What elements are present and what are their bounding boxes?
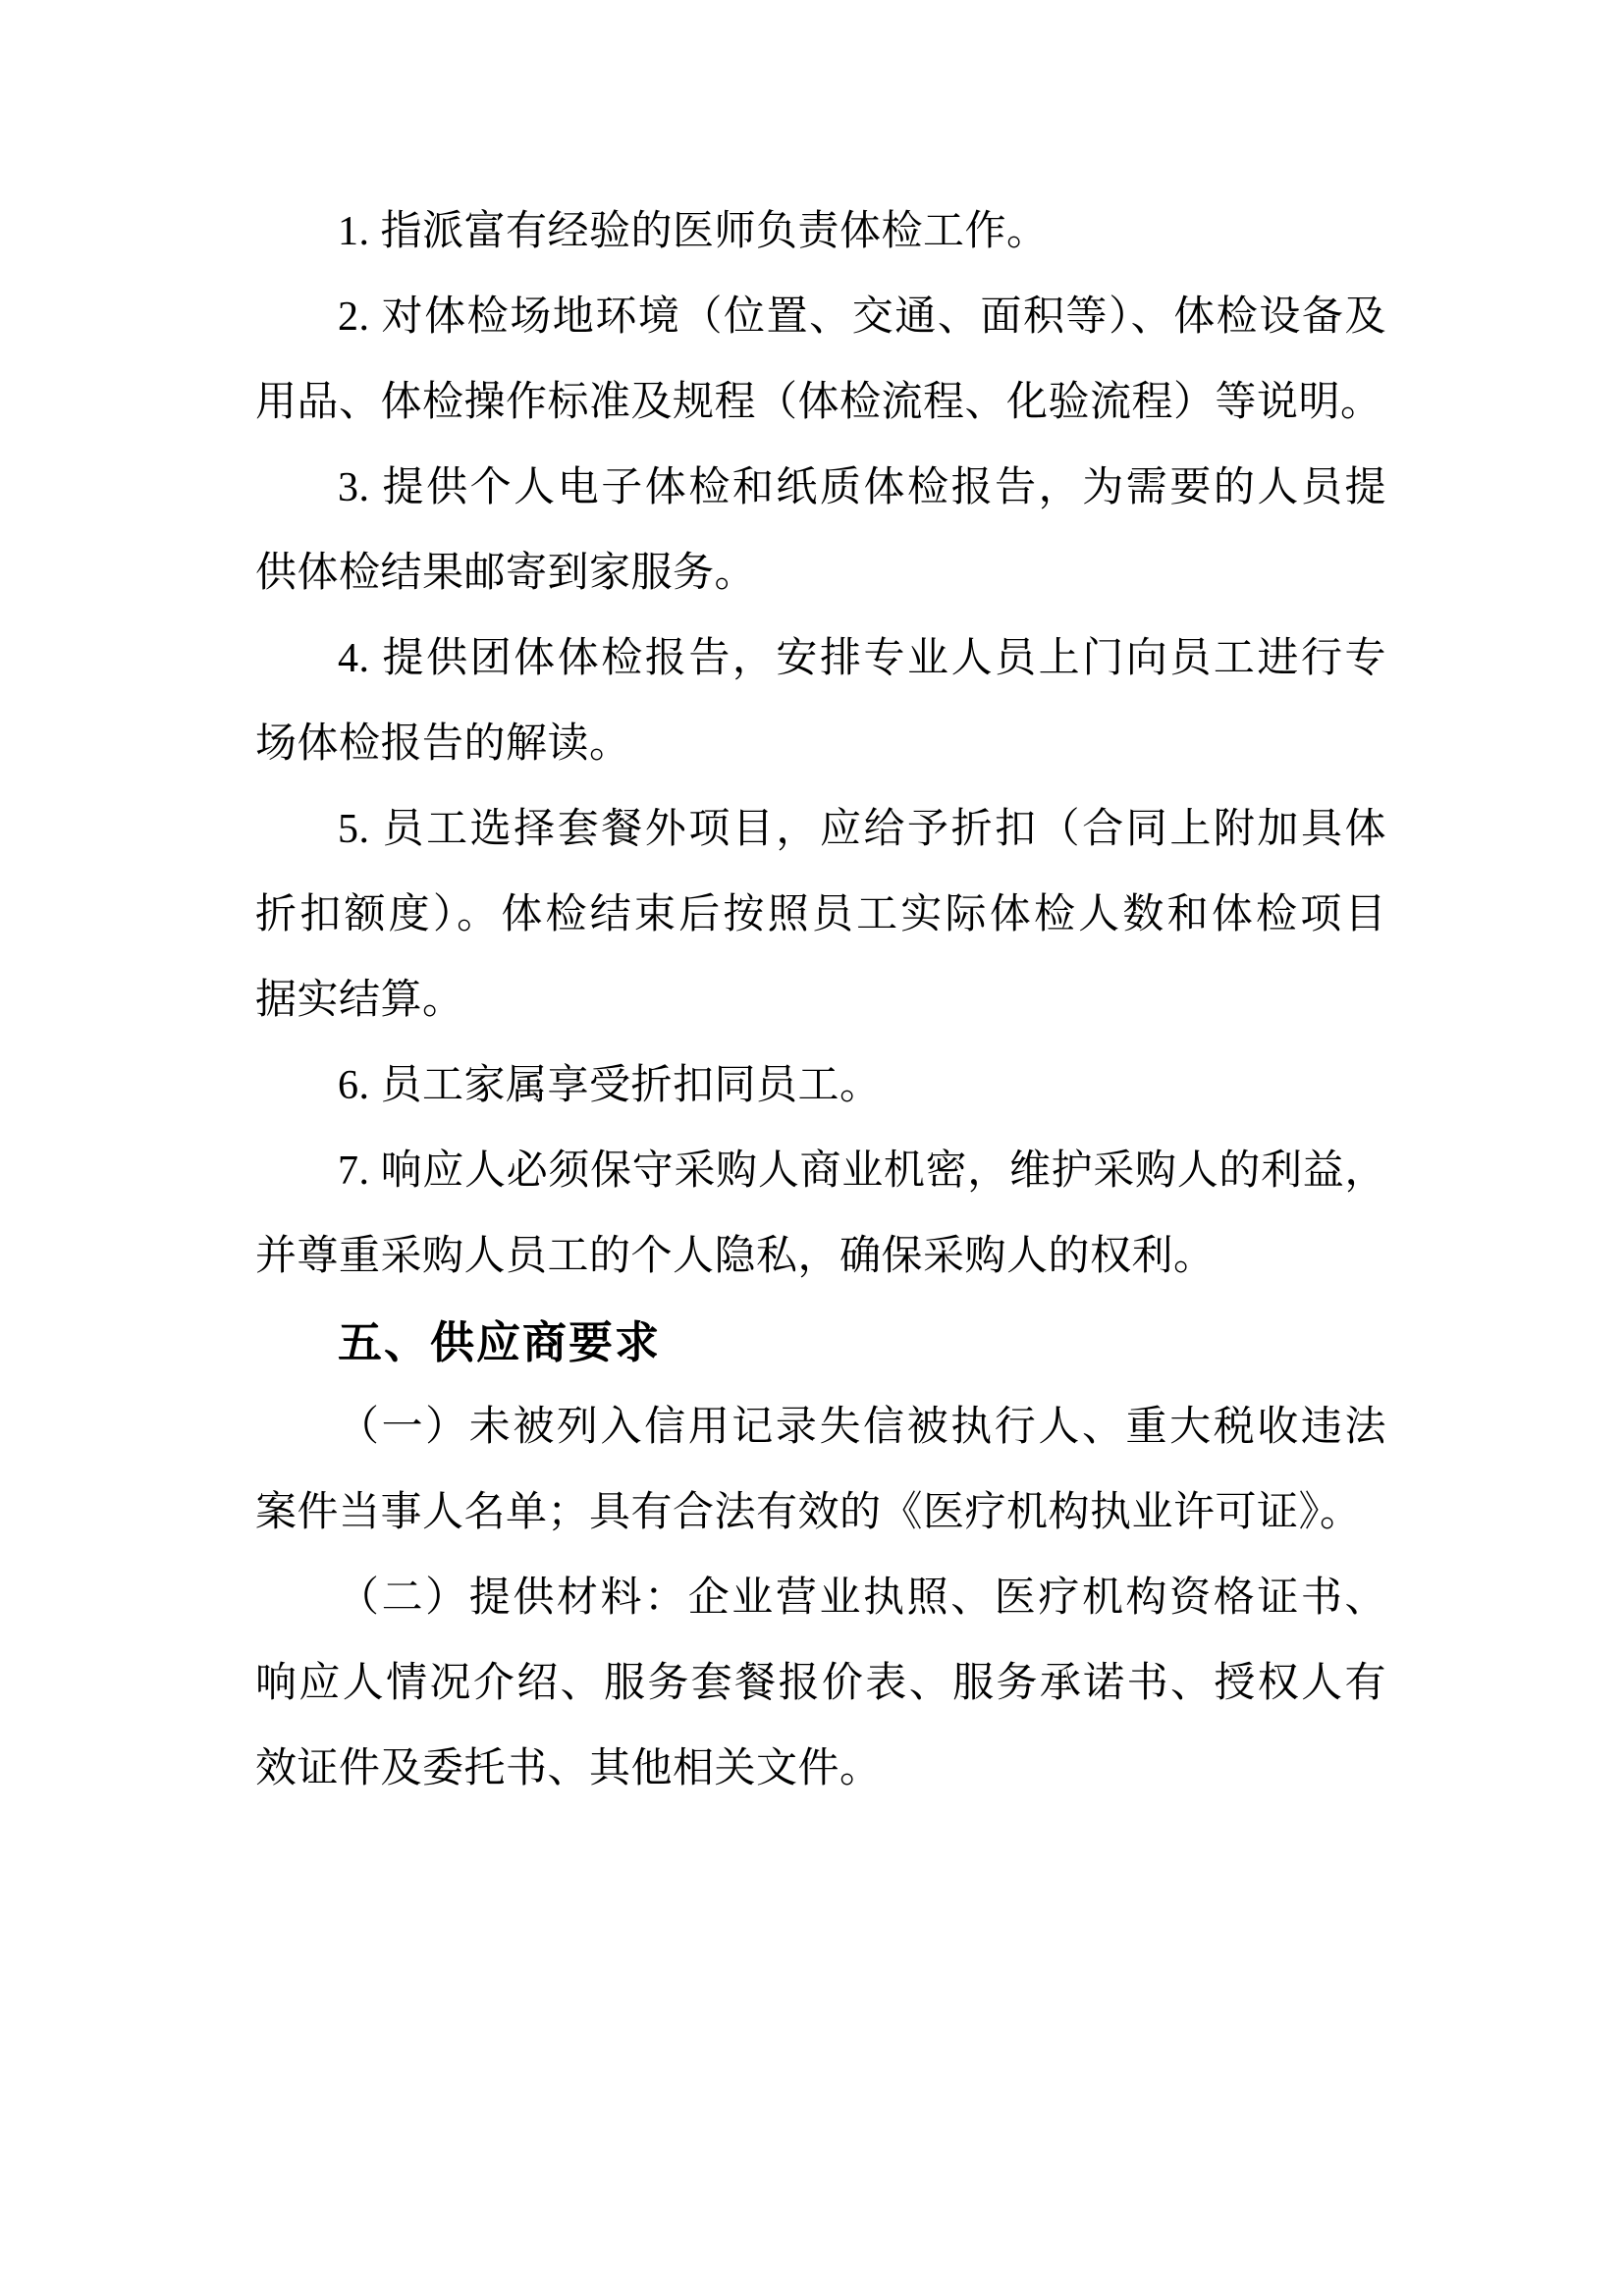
- doc-line-5: 供体检结果邮寄到家服务。: [255, 531, 1386, 616]
- doc-line-18: 响应人情况介绍、服务套餐报价表、服务承诺书、授权人有: [255, 1641, 1386, 1727]
- doc-line-16: 案件当事人名单；具有合法有效的《医疗机构执业许可证》。: [255, 1470, 1386, 1556]
- doc-line-11: 6. 员工家属享受折扣同员工。: [255, 1043, 1386, 1129]
- document-text-block: 1. 指派富有经验的医师负责体检工作。 2. 对体检场地环境（位置、交通、面积等…: [255, 189, 1386, 1812]
- doc-line-13: 并尊重采购人员工的个人隐私，确保采购人的权利。: [255, 1214, 1386, 1300]
- doc-line-12: 7. 响应人必须保守采购人商业机密，维护采购人的利益，: [255, 1129, 1386, 1214]
- doc-line-7: 场体检报告的解读。: [255, 702, 1386, 787]
- document-page: 1. 指派富有经验的医师负责体检工作。 2. 对体检场地环境（位置、交通、面积等…: [0, 0, 1624, 2296]
- doc-line-4: 3. 提供个人电子体检和纸质体检报告，为需要的人员提: [255, 446, 1386, 531]
- doc-line-8: 5. 员工选择套餐外项目，应给予折扣（合同上附加具体: [255, 787, 1386, 873]
- doc-line-10: 据实结算。: [255, 958, 1386, 1043]
- doc-line-17: （二）提供材料：企业营业执照、医疗机构资格证书、: [255, 1556, 1386, 1641]
- section-heading: 五、供应商要求: [255, 1300, 1386, 1385]
- doc-line-9: 折扣额度）。体检结束后按照员工实际体检人数和体检项目: [255, 873, 1386, 958]
- doc-line-19: 效证件及委托书、其他相关文件。: [255, 1727, 1386, 1812]
- doc-line-15: （一）未被列入信用记录失信被执行人、重大税收违法: [255, 1385, 1386, 1470]
- doc-line-3: 用品、体检操作标准及规程（体检流程、化验流程）等说明。: [255, 360, 1386, 446]
- doc-line-1: 1. 指派富有经验的医师负责体检工作。: [255, 189, 1386, 275]
- doc-line-6: 4. 提供团体体检报告，安排专业人员上门向员工进行专: [255, 616, 1386, 702]
- doc-line-2: 2. 对体检场地环境（位置、交通、面积等）、体检设备及: [255, 275, 1386, 360]
